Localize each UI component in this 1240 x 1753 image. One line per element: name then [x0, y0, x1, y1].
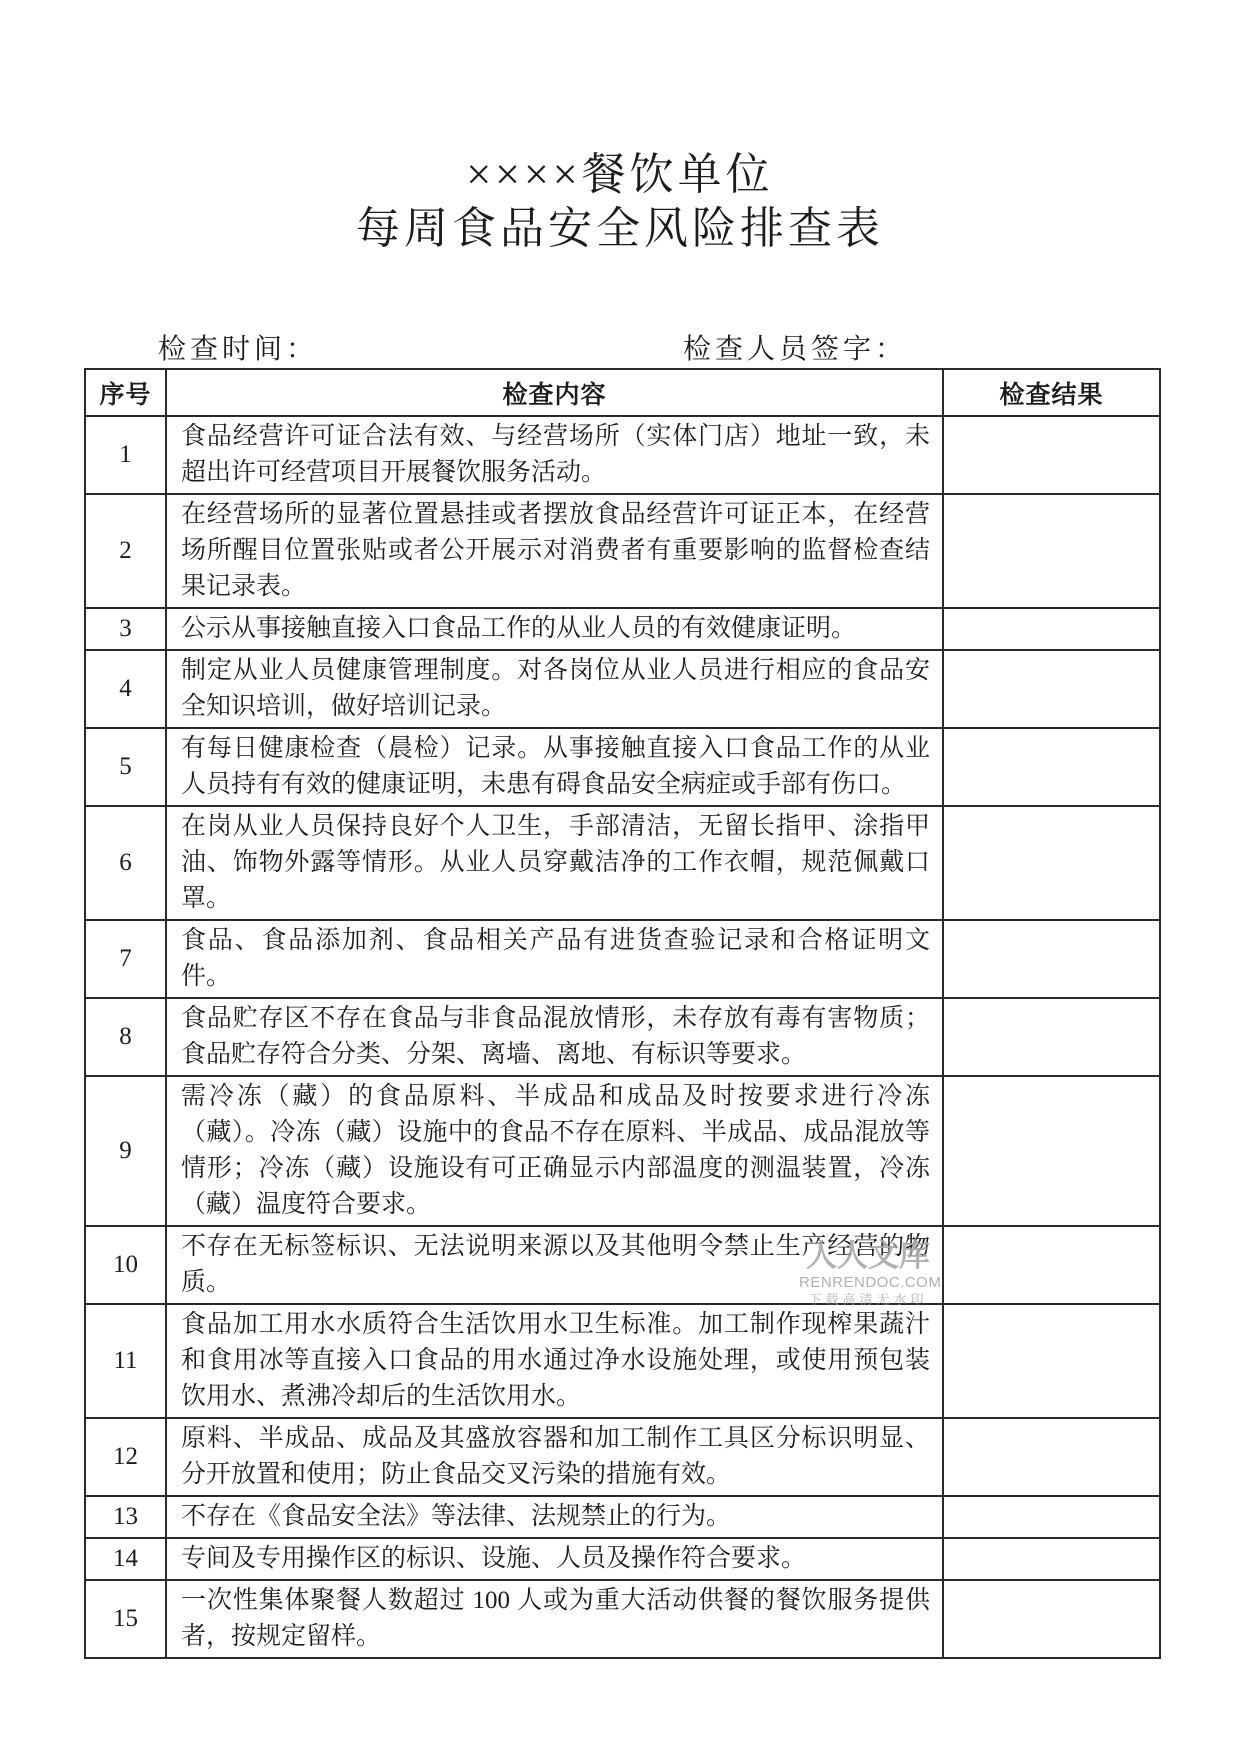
inspection-table: 序号 检查内容 检查结果 1 食品经营许可证合法有效、与经营场所（实体门店）地址…: [84, 368, 1161, 1659]
result-cell[interactable]: [943, 1580, 1160, 1658]
table-row: 13 不存在《食品安全法》等法律、法规禁止的行为。: [85, 1496, 1160, 1538]
document-title: ××××餐饮单位 每周食品安全风险排查表: [0, 148, 1240, 256]
table-row: 1 食品经营许可证合法有效、与经营场所（实体门店）地址一致，未超出许可经营项目开…: [85, 416, 1160, 494]
row-number: 14: [85, 1538, 166, 1580]
result-cell[interactable]: [943, 998, 1160, 1076]
row-content: 有每日健康检查（晨检）记录。从事接触直接入口食品工作的从业人员持有有效的健康证明…: [166, 728, 943, 806]
row-content: 专间及专用操作区的标识、设施、人员及操作符合要求。: [166, 1538, 943, 1580]
result-cell[interactable]: [943, 608, 1160, 650]
row-number: 12: [85, 1418, 166, 1496]
table-body: 1 食品经营许可证合法有效、与经营场所（实体门店）地址一致，未超出许可经营项目开…: [85, 416, 1160, 1658]
row-content: 不存在《食品安全法》等法律、法规禁止的行为。: [166, 1496, 943, 1538]
result-cell[interactable]: [943, 416, 1160, 494]
document-page: ××××餐饮单位 每周食品安全风险排查表 检查时间： 检查人员签字： 序号 检查…: [0, 0, 1240, 1753]
row-number: 13: [85, 1496, 166, 1538]
table-row: 9 需冷冻（藏）的食品原料、半成品和成品及时按要求进行冷冻（藏）。冷冻（藏）设施…: [85, 1076, 1160, 1226]
row-content: 公示从事接触直接入口食品工作的从业人员的有效健康证明。: [166, 608, 943, 650]
result-cell[interactable]: [943, 1496, 1160, 1538]
row-content: 制定从业人员健康管理制度。对各岗位从业人员进行相应的食品安全知识培训，做好培训记…: [166, 650, 943, 728]
result-cell[interactable]: [943, 806, 1160, 920]
row-number: 1: [85, 416, 166, 494]
table-row: 11 食品加工用水水质符合生活饮用水卫生标准。加工制作现榨果蔬汁和食用冰等直接入…: [85, 1304, 1160, 1418]
result-cell[interactable]: [943, 494, 1160, 608]
meta-row: 检查时间： 检查人员签字：: [0, 327, 1240, 367]
table-row: 3 公示从事接触直接入口食品工作的从业人员的有效健康证明。: [85, 608, 1160, 650]
row-number: 4: [85, 650, 166, 728]
row-number: 2: [85, 494, 166, 608]
result-cell[interactable]: [943, 1304, 1160, 1418]
table-row: 2 在经营场所的显著位置悬挂或者摆放食品经营许可证正本，在经营场所醒目位置张贴或…: [85, 494, 1160, 608]
row-number: 5: [85, 728, 166, 806]
table-row: 8 食品贮存区不存在食品与非食品混放情形，未存放有毒有害物质；食品贮存符合分类、…: [85, 998, 1160, 1076]
result-cell[interactable]: [943, 1538, 1160, 1580]
row-content: 在岗从业人员保持良好个人卫生，手部清洁，无留长指甲、涂指甲油、饰物外露等情形。从…: [166, 806, 943, 920]
row-number: 6: [85, 806, 166, 920]
result-cell[interactable]: [943, 1418, 1160, 1496]
result-cell[interactable]: [943, 1076, 1160, 1226]
table-row: 14 专间及专用操作区的标识、设施、人员及操作符合要求。: [85, 1538, 1160, 1580]
row-content: 一次性集体聚餐人数超过 100 人或为重大活动供餐的餐饮服务提供者，按规定留样。: [166, 1580, 943, 1658]
table-row: 12 原料、半成品、成品及其盛放容器和加工制作工具区分标识明显、分开放置和使用；…: [85, 1418, 1160, 1496]
table-row: 4 制定从业人员健康管理制度。对各岗位从业人员进行相应的食品安全知识培训，做好培…: [85, 650, 1160, 728]
row-content: 在经营场所的显著位置悬挂或者摆放食品经营许可证正本，在经营场所醒目位置张贴或者公…: [166, 494, 943, 608]
row-number: 7: [85, 920, 166, 998]
row-content: 需冷冻（藏）的食品原料、半成品和成品及时按要求进行冷冻（藏）。冷冻（藏）设施中的…: [166, 1076, 943, 1226]
column-header-no: 序号: [85, 369, 166, 416]
row-number: 9: [85, 1076, 166, 1226]
row-number: 11: [85, 1304, 166, 1418]
title-form-line: 每周食品安全风险排查表: [0, 202, 1240, 256]
inspection-time-label: 检查时间：: [158, 327, 318, 367]
table-row: 6 在岗从业人员保持良好个人卫生，手部清洁，无留长指甲、涂指甲油、饰物外露等情形…: [85, 806, 1160, 920]
inspector-signature-label: 检查人员签字：: [683, 327, 907, 367]
row-content: 原料、半成品、成品及其盛放容器和加工制作工具区分标识明显、分开放置和使用；防止食…: [166, 1418, 943, 1496]
row-content: 食品经营许可证合法有效、与经营场所（实体门店）地址一致，未超出许可经营项目开展餐…: [166, 416, 943, 494]
table-row: 15 一次性集体聚餐人数超过 100 人或为重大活动供餐的餐饮服务提供者，按规定…: [85, 1580, 1160, 1658]
row-number: 15: [85, 1580, 166, 1658]
row-content: 食品加工用水水质符合生活饮用水卫生标准。加工制作现榨果蔬汁和食用冰等直接入口食品…: [166, 1304, 943, 1418]
result-cell[interactable]: [943, 920, 1160, 998]
row-content: 食品贮存区不存在食品与非食品混放情形，未存放有毒有害物质；食品贮存符合分类、分架…: [166, 998, 943, 1076]
row-number: 8: [85, 998, 166, 1076]
row-number: 3: [85, 608, 166, 650]
table-row: 7 食品、食品添加剂、食品相关产品有进货查验记录和合格证明文件。: [85, 920, 1160, 998]
column-header-content: 检查内容: [166, 369, 943, 416]
result-cell[interactable]: [943, 1226, 1160, 1304]
row-content: 不存在无标签标识、无法说明来源以及其他明令禁止生产经营的物质。: [166, 1226, 943, 1304]
result-cell[interactable]: [943, 650, 1160, 728]
row-number: 10: [85, 1226, 166, 1304]
result-cell[interactable]: [943, 728, 1160, 806]
header-row: 序号 检查内容 检查结果: [85, 369, 1160, 416]
table-row: 5 有每日健康检查（晨检）记录。从事接触直接入口食品工作的从业人员持有有效的健康…: [85, 728, 1160, 806]
table-row: 10 不存在无标签标识、无法说明来源以及其他明令禁止生产经营的物质。: [85, 1226, 1160, 1304]
row-content: 食品、食品添加剂、食品相关产品有进货查验记录和合格证明文件。: [166, 920, 943, 998]
column-header-result: 检查结果: [943, 369, 1160, 416]
title-unit-line: ××××餐饮单位: [0, 148, 1240, 202]
